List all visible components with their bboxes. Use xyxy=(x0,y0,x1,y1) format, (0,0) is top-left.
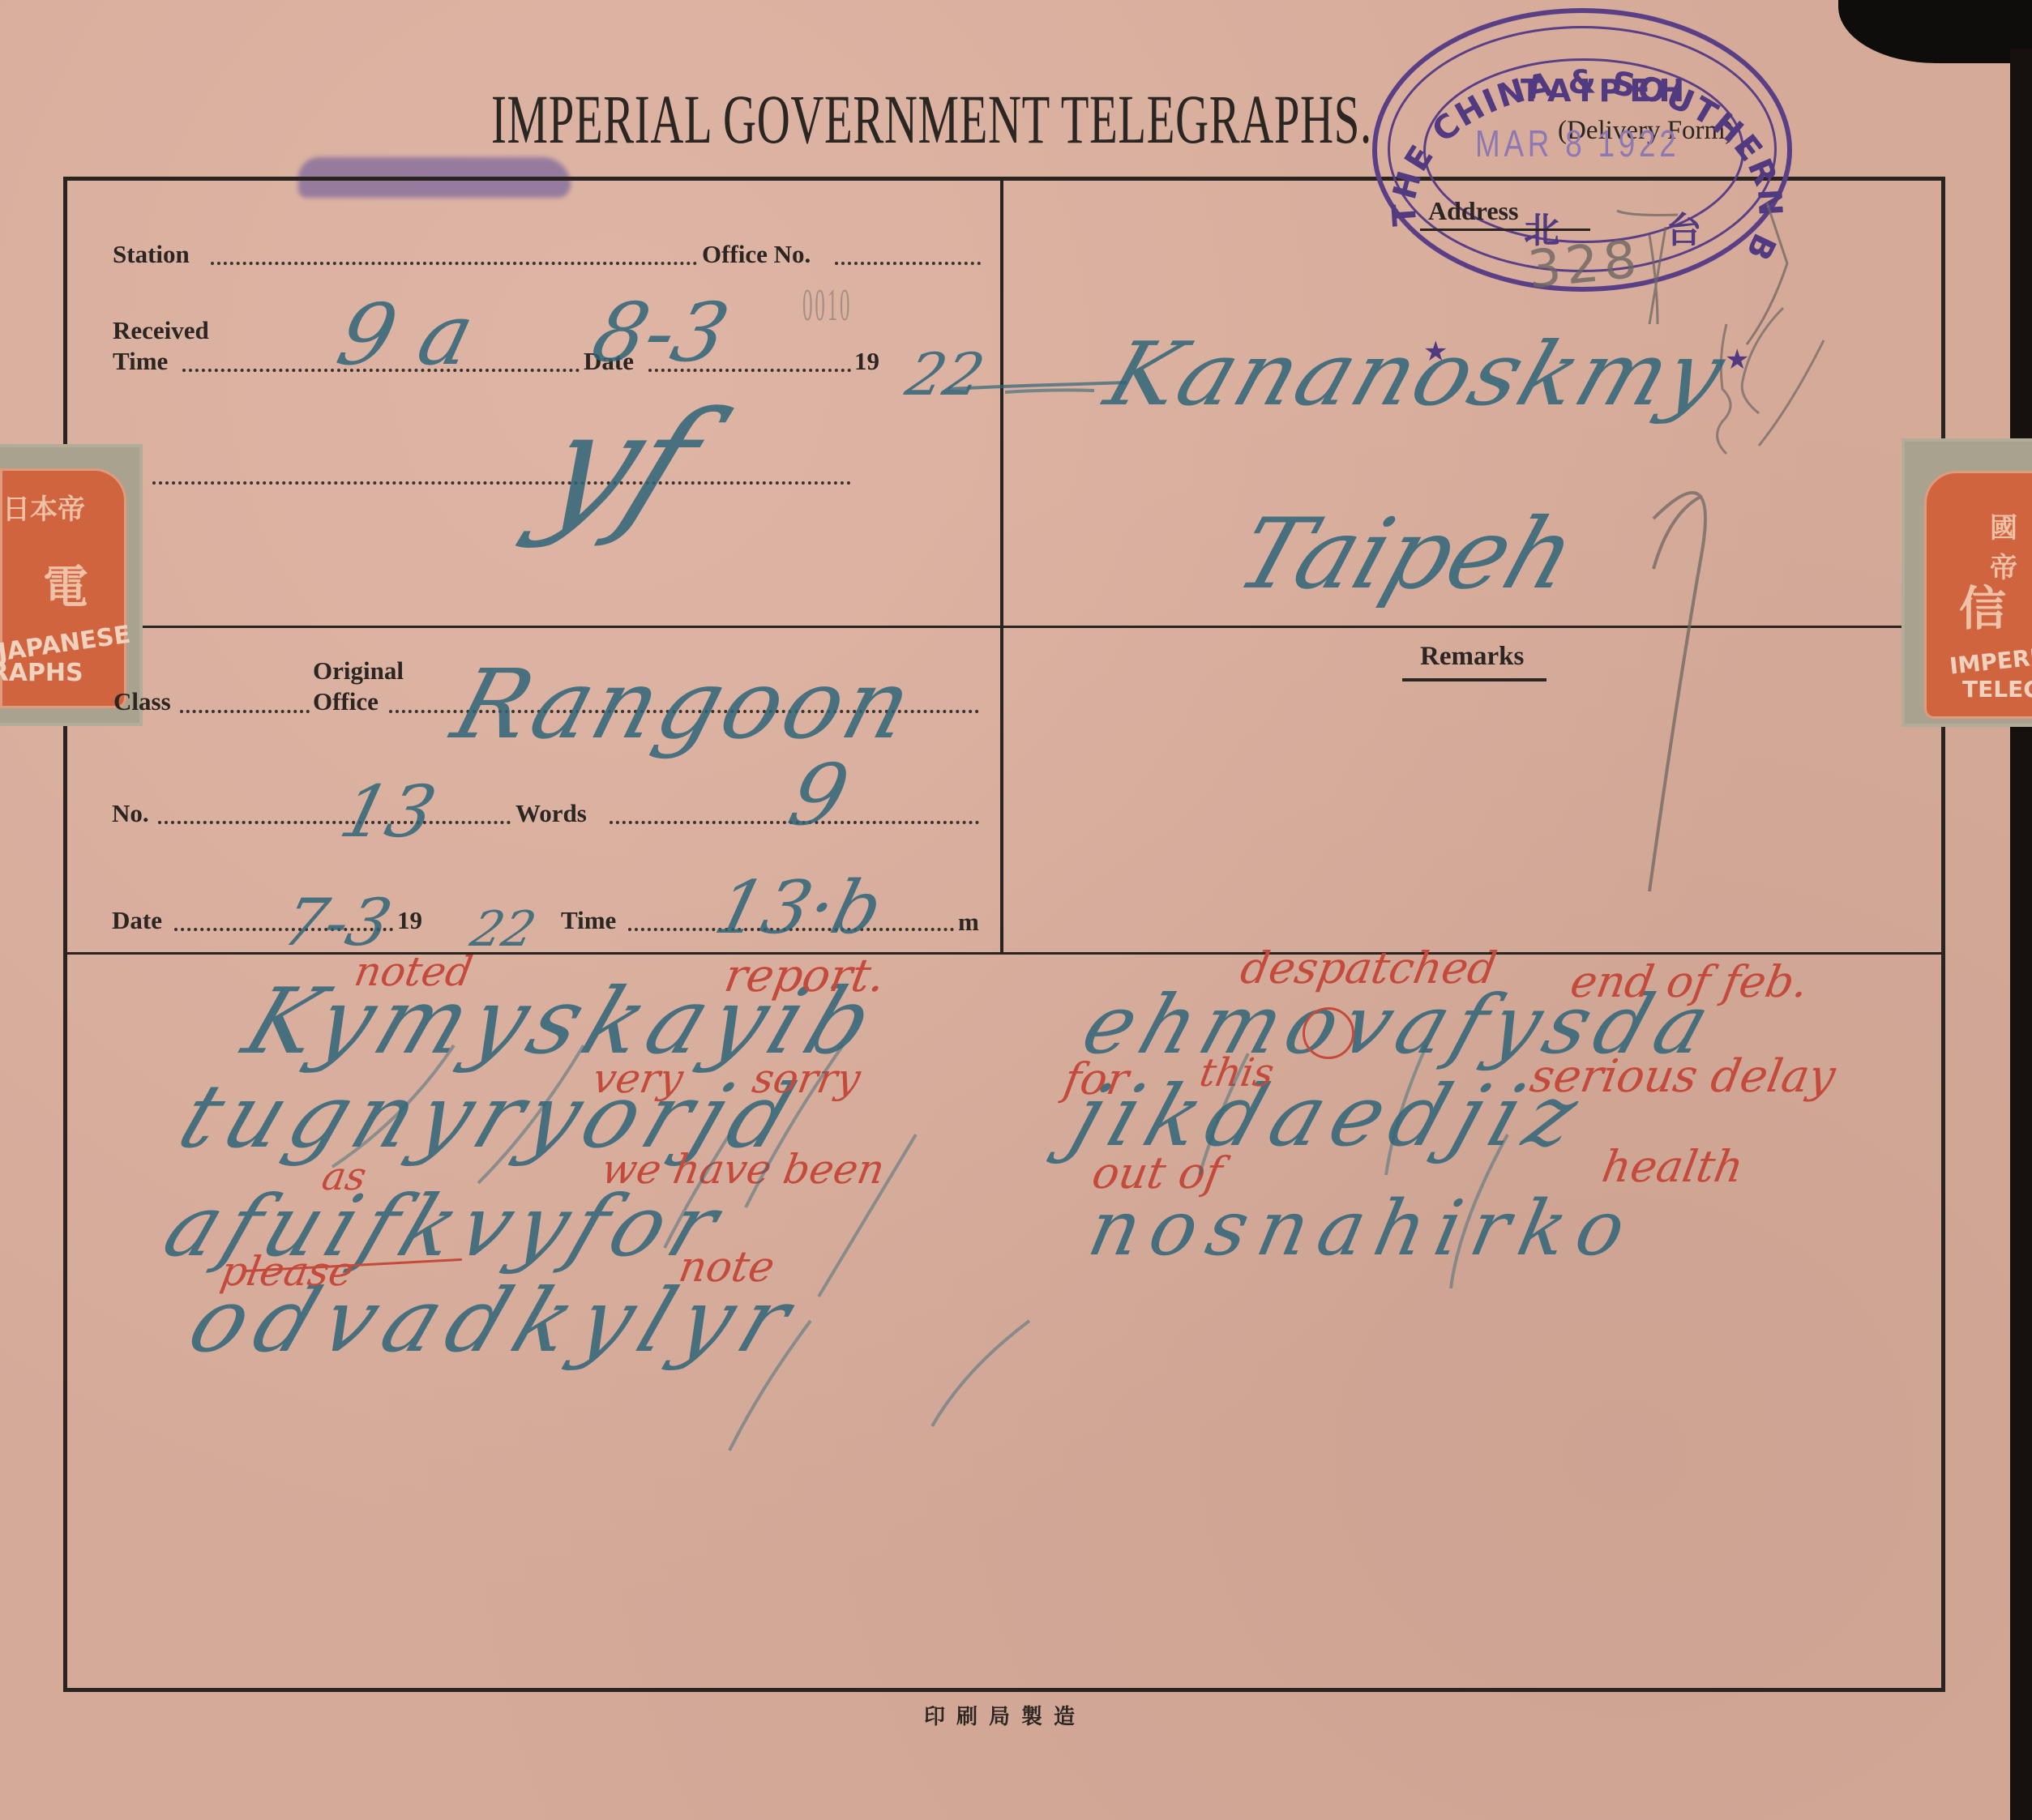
printer-imprint: 印刷局製造 xyxy=(924,1700,1086,1730)
handwriting-descenders xyxy=(0,0,2032,1820)
